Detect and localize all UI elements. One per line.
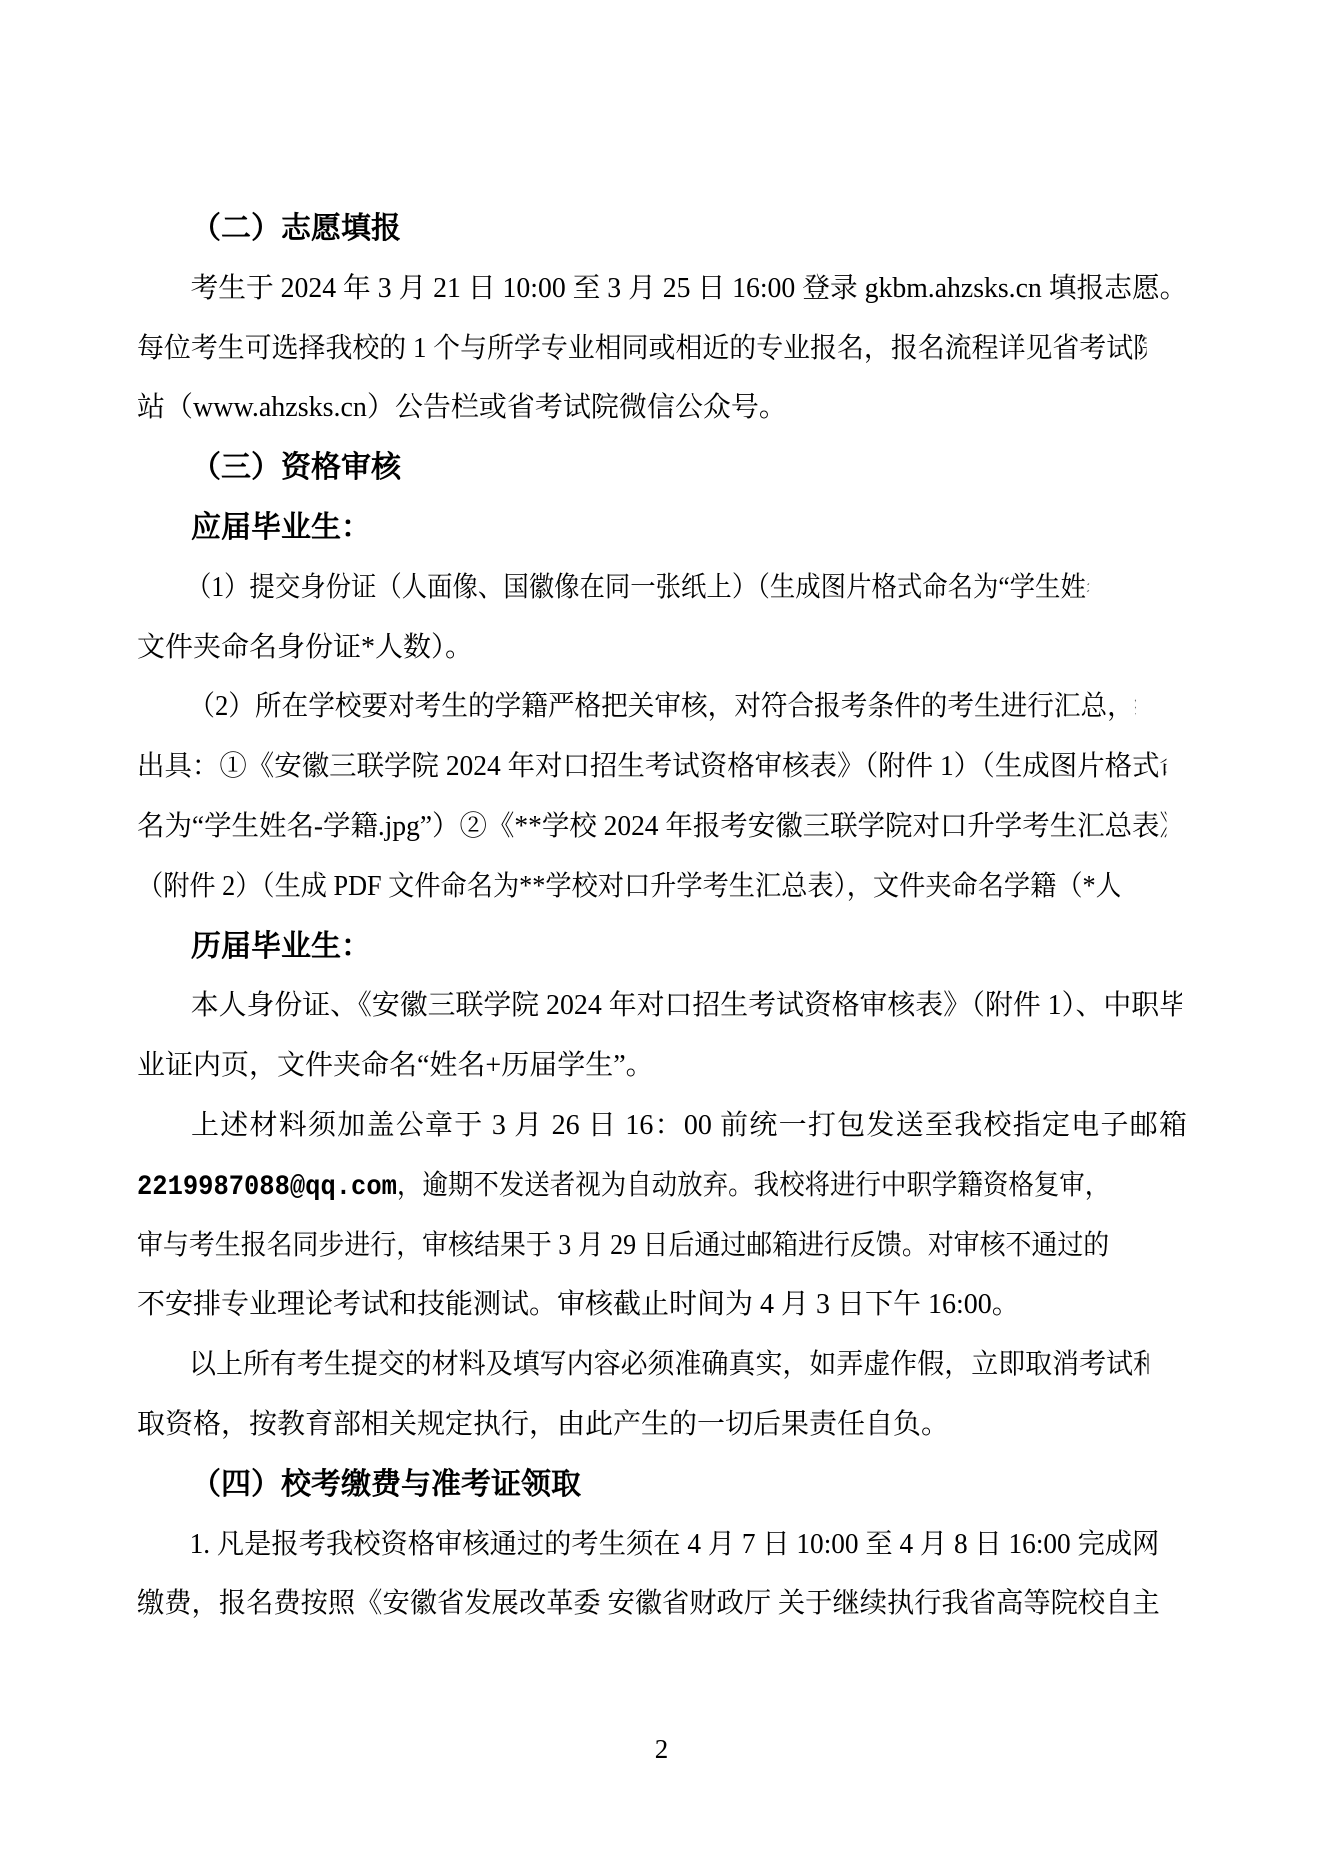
text-line: 站（www.ahzsks.cn）公告栏或省考试院微信公众号。 <box>137 378 1187 438</box>
email-address: 2219987088@qq.com <box>137 1172 397 1203</box>
text-line: （2）所在学校要对考生的学籍严格把关审核，对符合报考条件的考生进行汇总，统一 <box>137 677 1136 737</box>
document-page: （二）志愿填报 考生于 2024 年 3 月 21 日 10:00 至 3 月 … <box>0 0 1323 1871</box>
text-line: 1. 凡是报考我校资格审核通过的考生须在 4 月 7 日 10:00 至 4 月… <box>137 1515 1160 1575</box>
heading-qualification-review: （三）资格审核 <box>137 438 1187 498</box>
text-line: 上述材料须加盖公章于 3 月 26 日 16：00 前统一打包发送至我校指定电子… <box>137 1096 1187 1156</box>
text-line: 不安排专业理论考试和技能测试。审核截止时间为 4 月 3 日下午 16:00。 <box>137 1275 1187 1335</box>
label-current-graduates: 应届毕业生： <box>137 498 1187 558</box>
text-line: （1）提交身份证（人面像、国徽像在同一张纸上）（生成图片格式命名为“学生姓名.j… <box>137 558 1089 618</box>
page-number: 2 <box>0 1736 1323 1763</box>
text-line: 缴费，报名费按照《安徽省发展改革委 安徽省财政厅 关于继续执行我省高等院校自主招 <box>137 1574 1160 1634</box>
heading-volunteer-filling: （二）志愿填报 <box>137 199 1187 259</box>
text-line: 出具：①《安徽三联学院 2024 年对口招生考试资格审核表》（附件 1）（生成图… <box>137 737 1166 797</box>
text-line: 名为“学生姓名-学籍.jpg”）②《**学校 2024 年报考安徽三联学院对口升… <box>137 797 1166 857</box>
text-line: 考生于 2024 年 3 月 21 日 10:00 至 3 月 25 日 16:… <box>137 259 1177 319</box>
heading-payment-admission-ticket: （四）校考缴费与准考证领取 <box>137 1455 1187 1515</box>
text-line: 审与考生报名同步进行，审核结果于 3 月 29 日后通过邮箱进行反馈。对审核不通… <box>137 1216 1109 1276</box>
text-line: 取资格，按教育部相关规定执行，由此产生的一切后果责任自负。 <box>137 1395 1187 1455</box>
text-line: 每位考生可选择我校的 1 个与所学专业相同或相近的专业报名，报名流程详见省考试院… <box>137 319 1147 379</box>
text-line: 业证内页，文件夹命名“姓名+历届学生”。 <box>137 1036 1187 1096</box>
text-line: 文件夹命名身份证*人数）。 <box>137 618 1187 678</box>
text-line: 2219987088@qq.com，逾期不发送者视为自动放弃。我校将进行中职学籍… <box>137 1156 1092 1216</box>
text-segment: ，逾期不发送者视为自动放弃。我校将进行中职学籍资格复审，资格复 <box>397 1170 1092 1201</box>
document-content: （二）志愿填报 考生于 2024 年 3 月 21 日 10:00 至 3 月 … <box>137 199 1187 1634</box>
text-line: 以上所有考生提交的材料及填写内容必须准确真实，如弄虚作假，立即取消考试和录 <box>137 1335 1148 1395</box>
text-line: （附件 2）（生成 PDF 文件命名为**学校对口升学考生汇总表），文件夹命名学… <box>137 857 1120 917</box>
label-previous-graduates: 历届毕业生： <box>137 917 1187 977</box>
text-line: 本人身份证、《安徽三联学院 2024 年对口招生考试资格审核表》（附件 1）、中… <box>137 976 1182 1036</box>
